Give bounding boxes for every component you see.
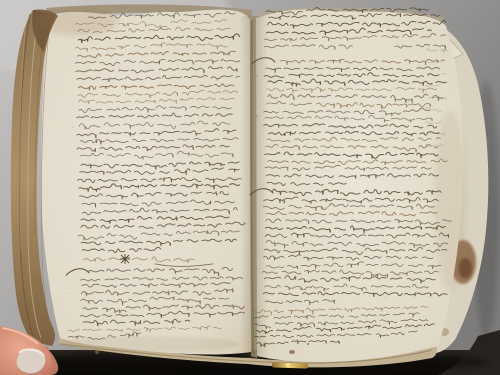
signature-ornament [120,254,130,264]
book [11,4,489,367]
photo-of-open-manuscript [0,0,500,375]
